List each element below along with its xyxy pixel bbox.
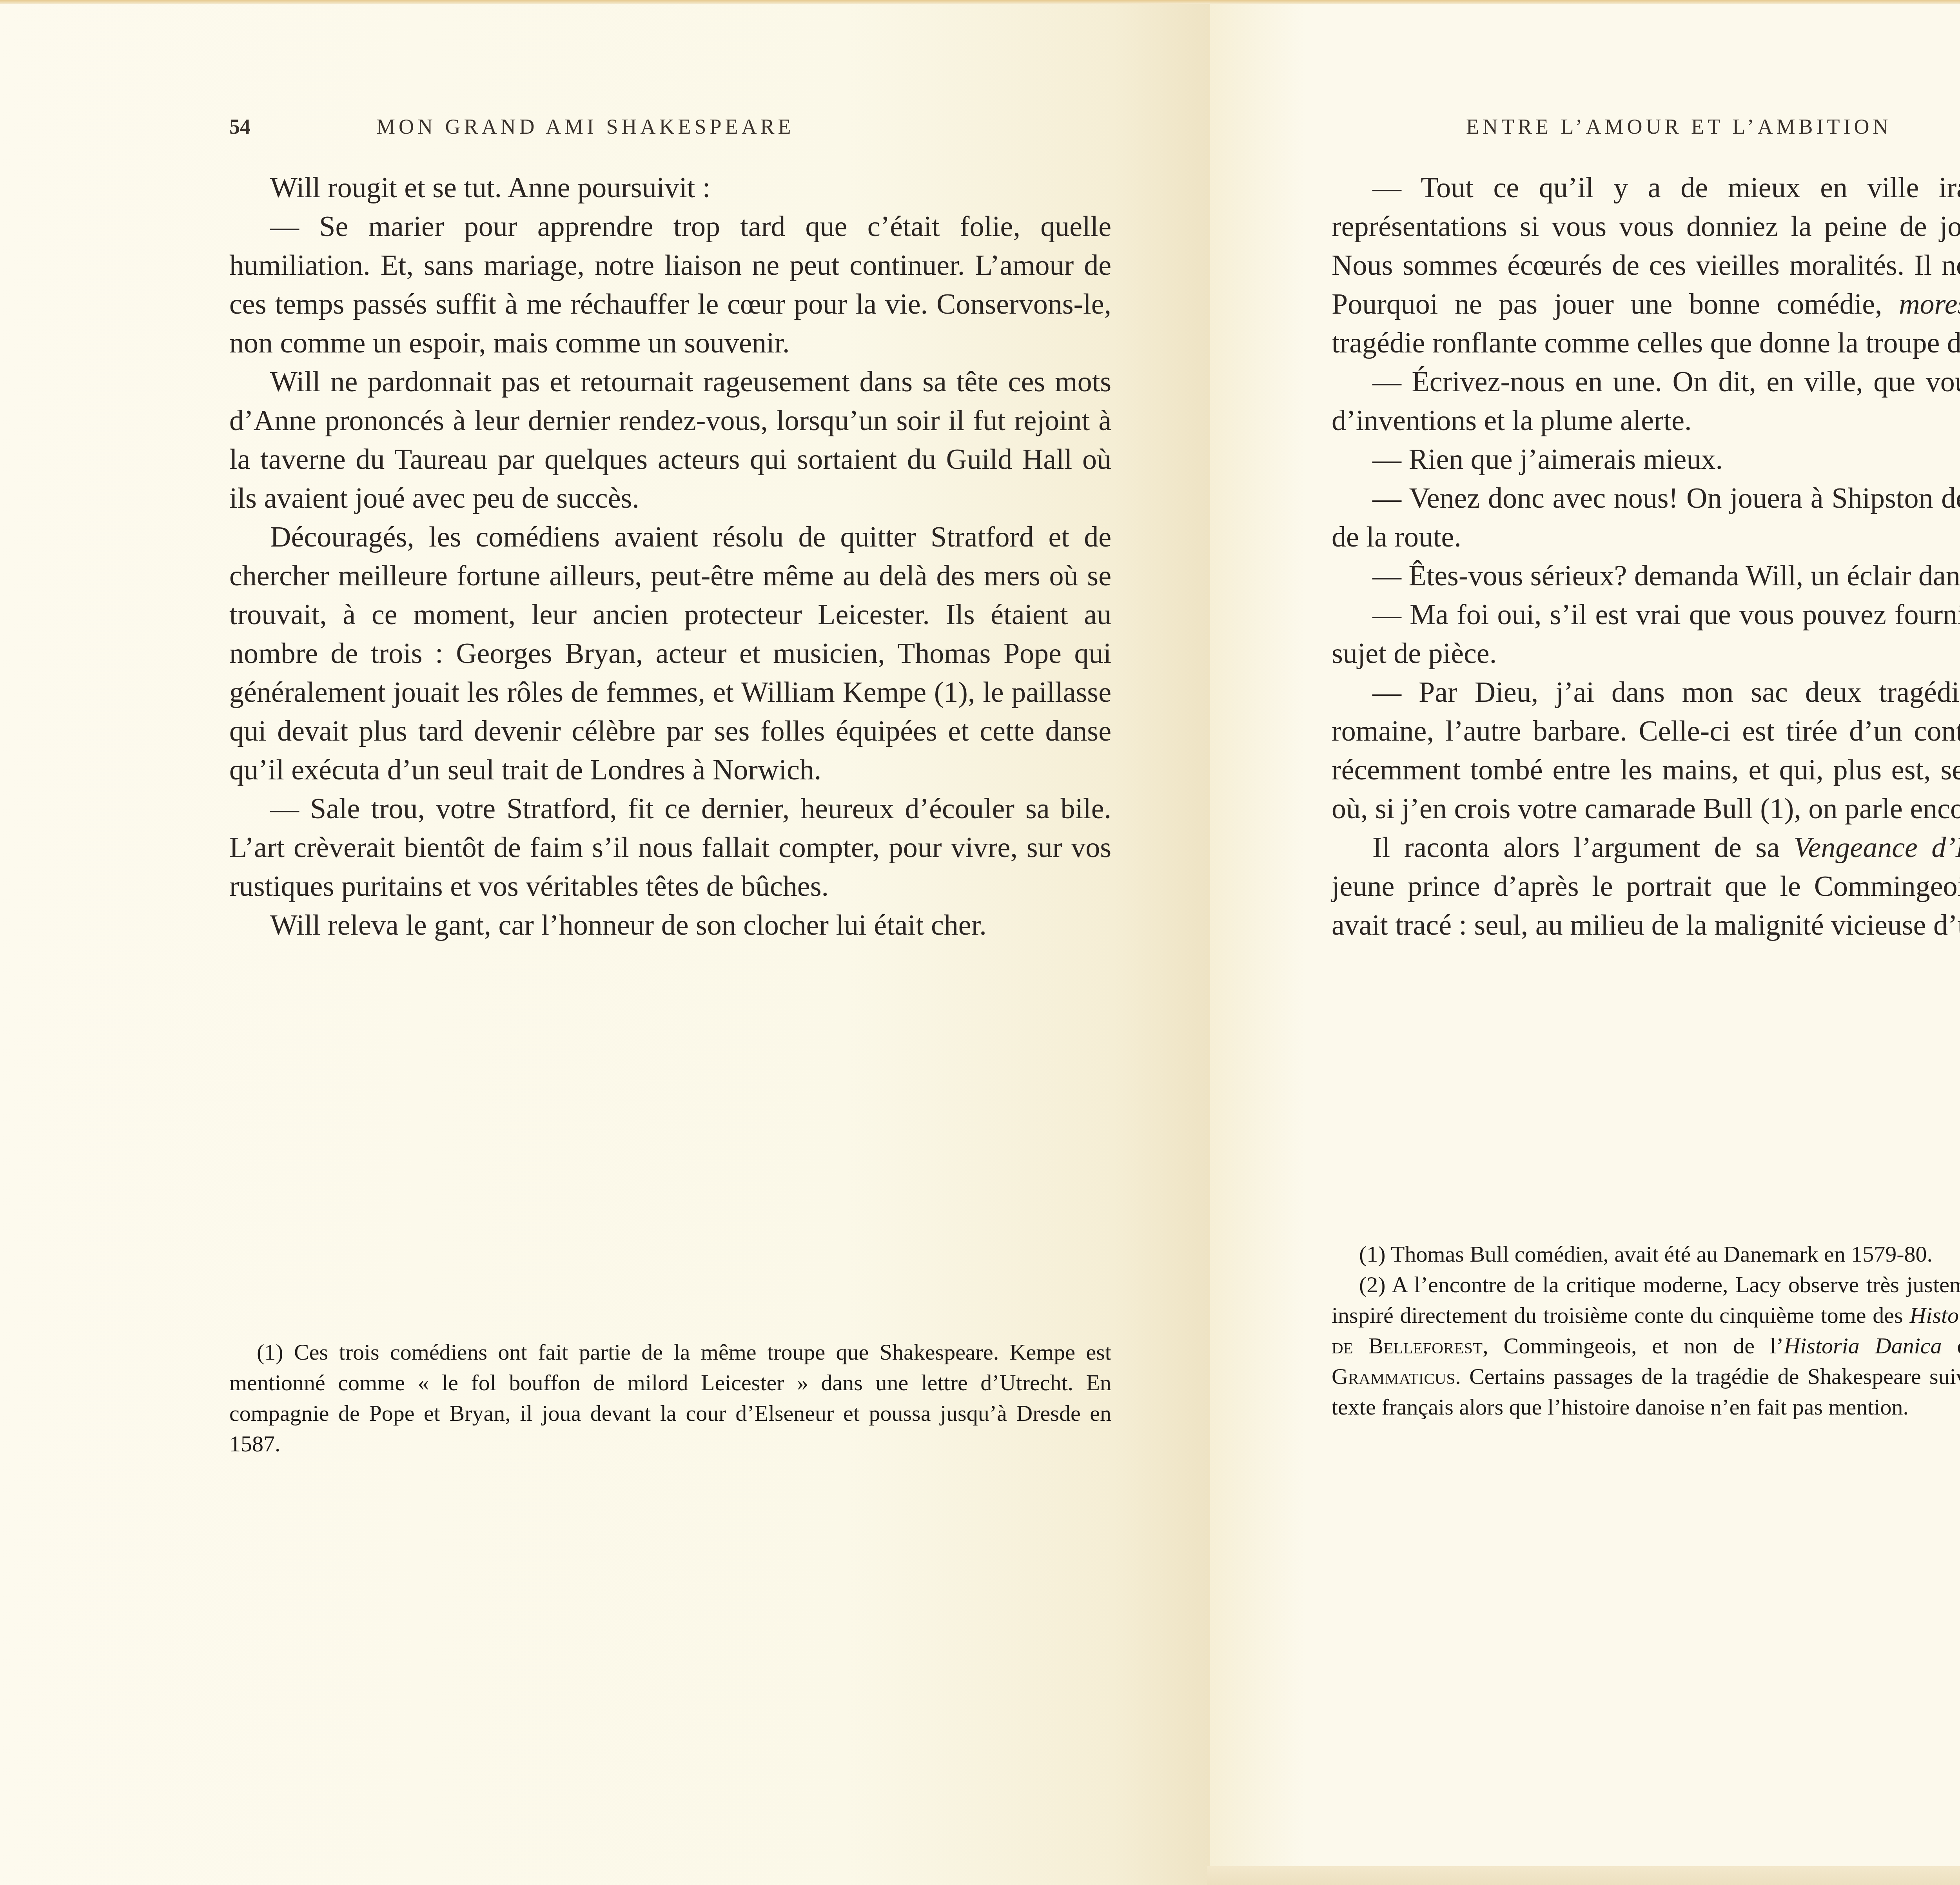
paragraph: Will releva le gant, car l’honneur de so… xyxy=(229,906,1111,945)
paragraph: Il raconta alors l’argument de sa Vengea… xyxy=(1332,828,1960,945)
paragraph: — Êtes-vous sérieux? demanda Will, un éc… xyxy=(1332,557,1960,596)
paragraph: — Écrivez-nous en une. On dit, en ville,… xyxy=(1332,363,1960,440)
left-page-body: Will rougit et se tut. Anne poursuivit :… xyxy=(229,169,1111,945)
paragraph: Découragés, les comédiens avaient résolu… xyxy=(229,518,1111,790)
italic-phrase: mores hominum xyxy=(1899,288,1960,320)
footnote: (1) Ces trois comédiens ont fait partie … xyxy=(229,1337,1111,1459)
italic-title: Vengeance d’Hamlet xyxy=(1793,832,1960,864)
paragraph: — Ma foi oui, s’il est vrai que vous pou… xyxy=(1332,596,1960,673)
page-number-left: 54 xyxy=(229,114,250,139)
footnote: (1) Thomas Bull comédien, avait été au D… xyxy=(1332,1239,1960,1269)
paragraph: — Par Dieu, j’ai dans mon sac deux tragé… xyxy=(1332,673,1960,828)
paragraph: Will ne pardonnait pas et retournait rag… xyxy=(229,363,1111,518)
left-page-footnotes: (1) Ces trois comédiens ont fait partie … xyxy=(229,1337,1111,1459)
top-page-edge xyxy=(0,0,1960,4)
paragraph: Will rougit et se tut. Anne poursuivit : xyxy=(229,169,1111,207)
paragraph: — Rien que j’aimerais mieux. xyxy=(1332,440,1960,479)
running-head-left: MON GRAND AMI SHAKESPEARE xyxy=(376,114,795,146)
paragraph: — Se marier pour apprendre trop tard que… xyxy=(229,207,1111,363)
paragraph: — Sale trou, votre Stratford, fit ce der… xyxy=(229,790,1111,906)
book-gutter xyxy=(1209,0,1210,1885)
bottom-page-edge xyxy=(1207,1866,1960,1885)
footnote: (2) A l’encontre de la critique moderne,… xyxy=(1332,1269,1960,1422)
right-page-body: — Tout ce qu’il y a de mieux en ville ir… xyxy=(1332,169,1960,945)
paragraph: — Tout ce qu’il y a de mieux en ville ir… xyxy=(1332,169,1960,363)
paragraph: — Venez donc avec nous! On jouera à Ship… xyxy=(1332,479,1960,557)
right-page-footnotes: (1) Thomas Bull comédien, avait été au D… xyxy=(1332,1239,1960,1422)
running-head-right: ENTRE L’AMOUR ET L’AMBITION xyxy=(1466,114,1891,146)
